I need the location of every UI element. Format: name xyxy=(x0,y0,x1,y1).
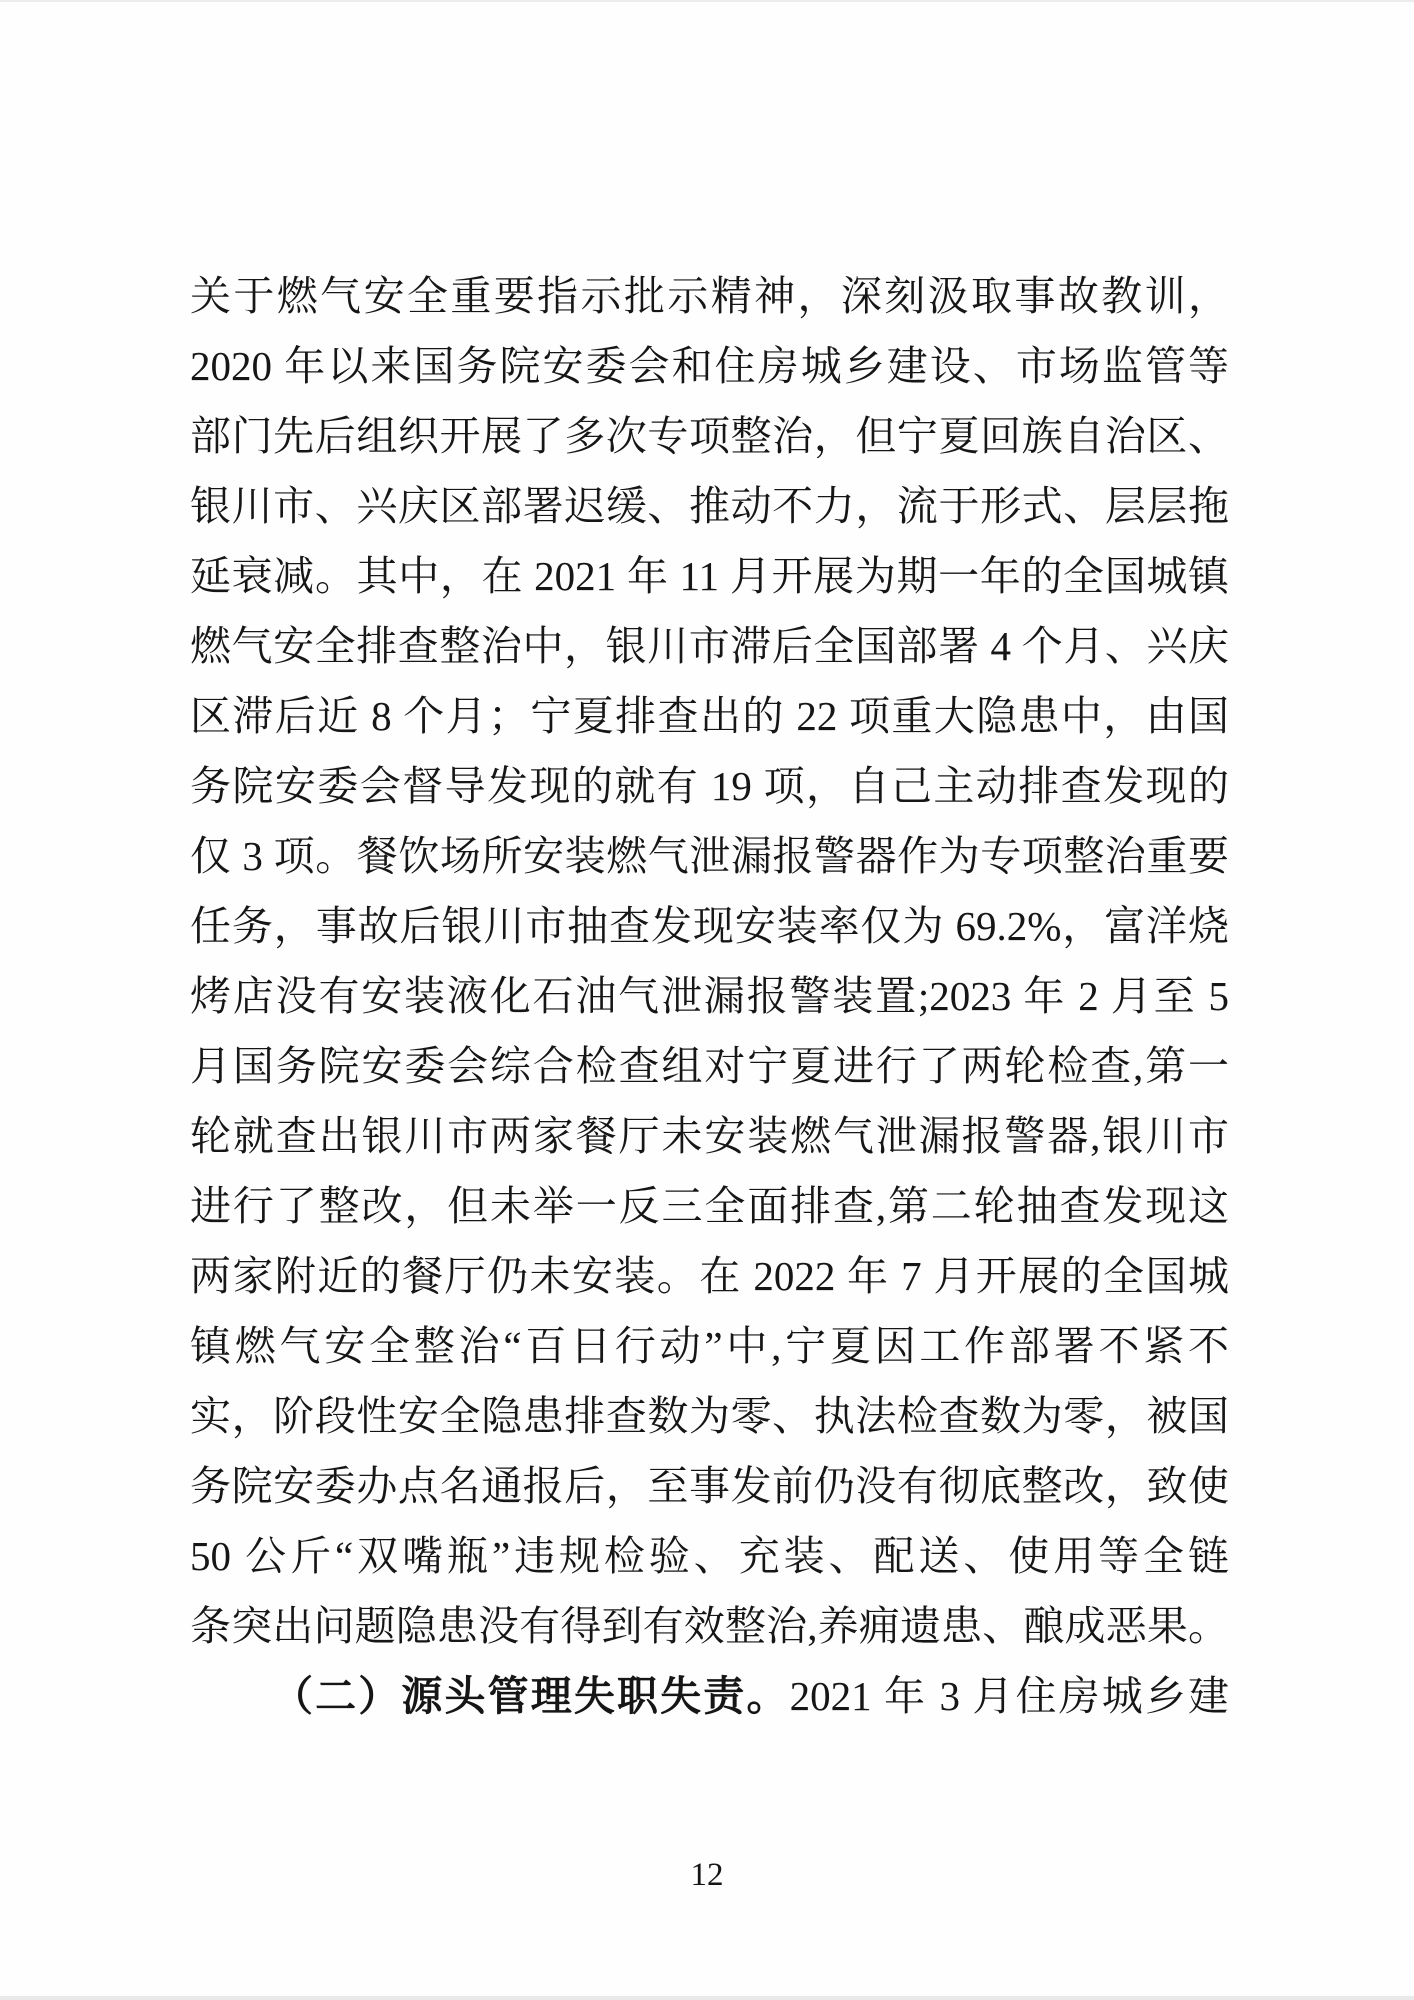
text-line: 月国务院安委会综合检查组对宁夏进行了两轮检查,第一 xyxy=(190,1031,1229,1101)
text-line: 务院安委办点名通报后，至事发前仍没有彻底整改，致使 xyxy=(190,1451,1229,1521)
section-heading: （二）源头管理失职失责。 xyxy=(272,1673,790,1719)
body-text: 关于燃气安全重要指示批示精神，深刻汲取事故教训， 2020 年以来国务院安委会和… xyxy=(190,261,1229,1731)
document-page: { "page": { "number": "12" }, "document"… xyxy=(0,0,1414,2000)
text-line: 两家附近的餐厅仍未安装。在 2022 年 7 月开展的全国城 xyxy=(190,1241,1229,1311)
scan-edge-top xyxy=(0,0,1414,2)
text-line: 部门先后组织开展了多次专项整治，但宁夏回族自治区、 xyxy=(190,401,1229,471)
text-line: 烤店没有安装液化石油气泄漏报警装置;2023 年 2 月至 5 xyxy=(190,961,1229,1031)
text-line: 任务，事故后银川市抽查发现安装率仅为 69.2%，富洋烧 xyxy=(190,891,1229,961)
text-line: 延衰减。其中，在 2021 年 11 月开展为期一年的全国城镇 xyxy=(190,541,1229,611)
text-line: 燃气安全排查整治中，银川市滞后全国部署 4 个月、兴庆 xyxy=(190,611,1229,681)
text-line: 实，阶段性安全隐患排查数为零、执法检查数为零，被国 xyxy=(190,1381,1229,1451)
text-line: 2020 年以来国务院安委会和住房城乡建设、市场监管等 xyxy=(190,331,1229,401)
text-line: 50 公斤“双嘴瓶”违规检验、充装、配送、使用等全链 xyxy=(190,1521,1229,1591)
text-line: 镇燃气安全整治“百日行动”中,宁夏因工作部署不紧不 xyxy=(190,1311,1229,1381)
text-line: 轮就查出银川市两家餐厅未安装燃气泄漏报警器,银川市 xyxy=(190,1101,1229,1171)
scan-edge-bottom xyxy=(0,1996,1414,2000)
text-line: 仅 3 项。餐饮场所安装燃气泄漏报警器作为专项整治重要 xyxy=(190,821,1229,891)
paragraph-text: 2021 年 3 月住房城乡建 xyxy=(790,1673,1229,1719)
text-line: 区滞后近 8 个月；宁夏排查出的 22 项重大隐患中，由国 xyxy=(190,681,1229,751)
text-line: 银川市、兴庆区部署迟缓、推动不力，流于形式、层层拖 xyxy=(190,471,1229,541)
text-line: 进行了整改，但未举一反三全面排查,第二轮抽查发现这 xyxy=(190,1171,1229,1241)
text-line: 条突出问题隐患没有得到有效整治,养痈遗患、酿成恶果。 xyxy=(190,1591,1229,1661)
text-line: 务院安委会督导发现的就有 19 项，自己主动排查发现的 xyxy=(190,751,1229,821)
page-number: 12 xyxy=(0,1854,1414,1896)
text-line: 关于燃气安全重要指示批示精神，深刻汲取事故教训， xyxy=(190,261,1229,331)
paragraph-start-line: （二）源头管理失职失责。2021 年 3 月住房城乡建 xyxy=(190,1661,1229,1731)
